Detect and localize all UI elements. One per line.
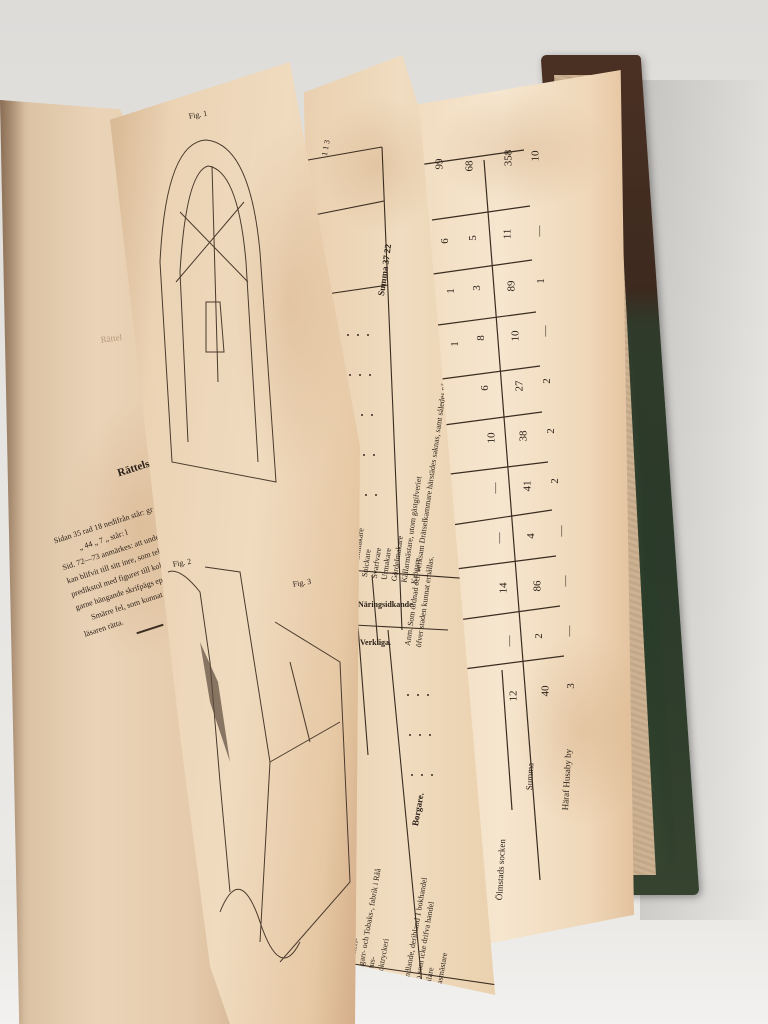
stat-cell: 1 — [535, 278, 547, 284]
stat-cell: 68 — [464, 161, 476, 172]
stat-cell: 11 — [501, 229, 513, 240]
stat-cell: — — [556, 526, 568, 537]
stat-cell: 2 — [533, 633, 545, 639]
stat-cell: — — [564, 626, 576, 637]
stat-cell: 1 — [445, 288, 457, 294]
stat-cell: 2 — [549, 478, 561, 484]
stat-cell: 6 — [479, 385, 491, 391]
stat-cell: — — [540, 326, 552, 337]
header-naringsidkande: Näringsidkande. — [358, 600, 415, 609]
stat-cell: — — [494, 533, 506, 544]
stat-cell: 2 — [541, 378, 553, 384]
stat-cell: 6 — [439, 238, 451, 244]
stat-cell: 10 — [510, 331, 522, 342]
stat-cell: 89 — [506, 281, 518, 292]
summa-label: Summa — [524, 763, 535, 791]
stat-cell: 4 — [525, 533, 537, 539]
stat-cell: 3 — [471, 285, 483, 291]
stat-cell: 3 — [565, 683, 577, 689]
stat-cell: 10 — [530, 151, 542, 162]
stat-cell: 8 — [475, 335, 487, 341]
stat-cell: 1 — [449, 341, 461, 347]
stat-cell: 5 — [467, 235, 479, 241]
stat-cell: — — [534, 226, 546, 237]
faint-stamp: Rättel — [100, 332, 123, 345]
book-photo-scene: 99 68 358 10 6 5 11 — 1 3 89 1 1 8 10 — … — [0, 0, 768, 1024]
stat-cell: 41 — [522, 481, 534, 492]
stat-cell: 38 — [518, 431, 530, 442]
stat-cell: 40 — [540, 686, 552, 697]
stat-cell: — — [490, 483, 502, 494]
stat-cell: 10 — [486, 433, 498, 444]
stat-cell: 12 — [508, 691, 520, 702]
stat-cell: 358 — [502, 150, 514, 167]
stat-cell: 99 — [434, 159, 446, 170]
stat-cell: 86 — [532, 581, 544, 592]
stat-cell: — — [560, 576, 572, 587]
stat-cell: — — [504, 636, 516, 647]
stat-cell: 2 — [545, 428, 557, 434]
stat-cell: 14 — [498, 583, 510, 594]
header-verkliga: Verkliga. — [360, 638, 391, 647]
stat-cell: 27 — [514, 381, 526, 392]
